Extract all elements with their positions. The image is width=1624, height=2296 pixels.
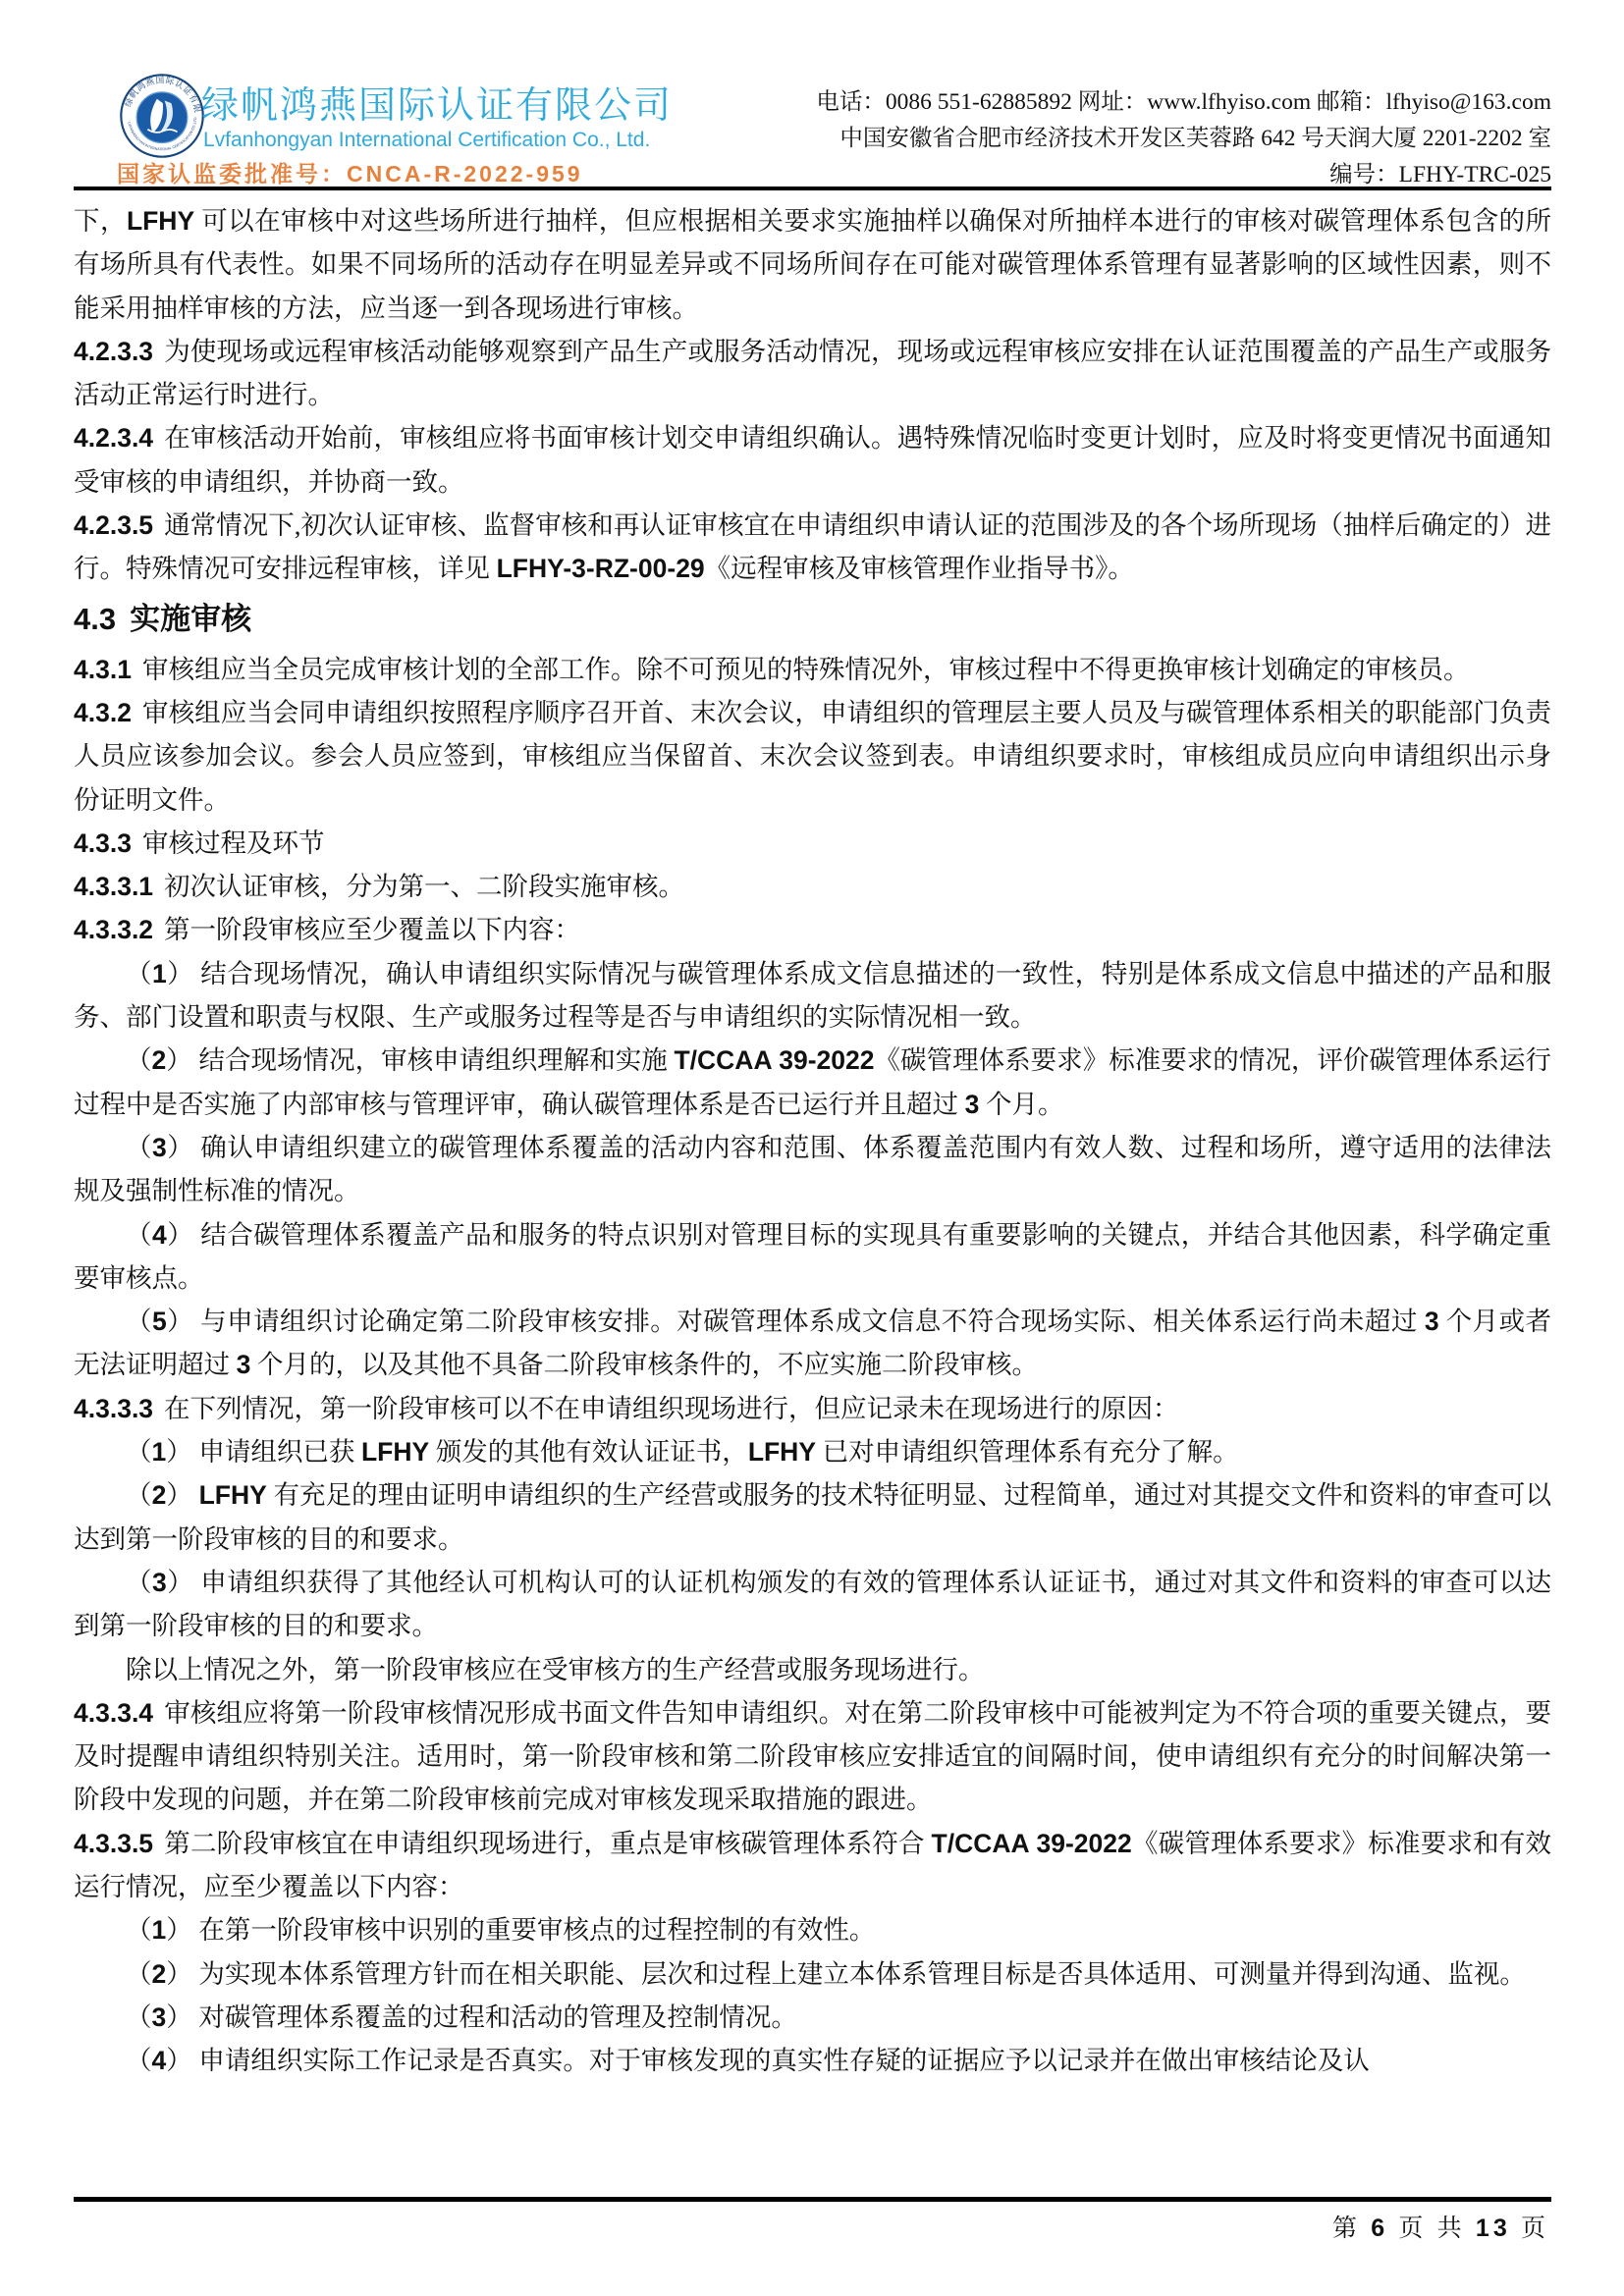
- section-number: 4.2.3.3: [74, 337, 153, 366]
- section-number: 4.3.3.5: [74, 1829, 153, 1858]
- company-emblem-icon: 绿帆鸿燕国际认证有限公司 LVFANHONGYAN INTERNATIONAL …: [120, 73, 204, 159]
- paragraph: （2） 为实现本体系管理方针而在相关职能、层次和过程上建立本体系管理目标是否具体…: [74, 1952, 1551, 1996]
- paragraph: 4.3.3.3在下列情况，第一阶段审核可以不在申请组织现场进行，但应记录未在现场…: [74, 1387, 1551, 1430]
- paragraph: （3） 确认申请组织建立的碳管理体系覆盖的活动内容和范围、体系覆盖范围内有效人数…: [74, 1126, 1551, 1213]
- header-divider: [74, 187, 1551, 190]
- paragraph: （1） 结合现场情况，确认申请组织实际情况与碳管理体系成文信息描述的一致性，特别…: [74, 952, 1551, 1040]
- document-body: 下，LFHY 可以在审核中对这些场所进行抽样，但应根据相关要求实施抽样以确保对所…: [74, 199, 1551, 2082]
- page-number: 第 6 页 共 13 页: [1332, 2209, 1549, 2244]
- paragraph: 4.3.1审核组应当全员完成审核计划的全部工作。除不可预见的特殊情况外，审核过程…: [74, 648, 1551, 691]
- paragraph: 4.3.2审核组应当会同申请组织按照程序顺序召开首、末次会议，申请组织的管理层主…: [74, 691, 1551, 822]
- contact-phone-web-email: 电话：0086 551-62885892 网址：www.lfhyiso.com …: [816, 84, 1551, 121]
- paragraph: 4.2.3.4在审核活动开始前，审核组应将书面审核计划交申请组织确认。遇特殊情况…: [74, 416, 1551, 504]
- section-number: 4.2.3.5: [74, 510, 153, 540]
- company-name-en: Lvfanhongyan International Certification…: [203, 129, 650, 152]
- section-number: 4.3.3.4: [74, 1698, 153, 1728]
- contact-info: 电话：0086 551-62885892 网址：www.lfhyiso.com …: [816, 84, 1551, 193]
- paragraph: （2） LFHY 有充足的理由证明申请组织的生产经营或服务的技术特征明显、过程简…: [74, 1473, 1551, 1561]
- section-number: 4.3.3.3: [74, 1394, 153, 1423]
- paragraph: （1） 在第一阶段审核中识别的重要审核点的过程控制的有效性。: [74, 1908, 1551, 1951]
- section-number: 4.2.3.4: [74, 423, 153, 453]
- section-heading: 4.3实施审核: [74, 591, 1551, 648]
- paragraph: 4.2.3.3为使现场或远程审核活动能够观察到产品生产或服务活动情况，现场或远程…: [74, 330, 1551, 417]
- paragraph: 4.3.3审核过程及环节: [74, 822, 1551, 865]
- paragraph: 下，LFHY 可以在审核中对这些场所进行抽样，但应根据相关要求实施抽样以确保对所…: [74, 199, 1551, 330]
- paragraph: 除以上情况之外，第一阶段审核应在受审核方的生产经营或服务现场进行。: [74, 1648, 1551, 1691]
- paragraph: （3） 对碳管理体系覆盖的过程和活动的管理及控制情况。: [74, 1996, 1551, 2039]
- paragraph: （4） 结合碳管理体系覆盖产品和服务的特点识别对管理目标的实现具有重要影响的关键…: [74, 1213, 1551, 1301]
- paragraph: 4.3.3.4审核组应将第一阶段审核情况形成书面文件告知申请组织。对在第二阶段审…: [74, 1691, 1551, 1822]
- paragraph: （1） 申请组织已获 LFHY 颁发的其他有效认证证书，LFHY 已对申请组织管…: [74, 1430, 1551, 1473]
- paragraph: （3） 申请组织获得了其他经认可机构认可的认证机构颁发的有效的管理体系认证证书，…: [74, 1561, 1551, 1648]
- paragraph: 4.3.3.1初次认证审核，分为第一、二阶段实施审核。: [74, 865, 1551, 908]
- paragraph: 4.2.3.5通常情况下,初次认证审核、监督审核和再认证审核宜在申请组织申请认证…: [74, 504, 1551, 591]
- paragraph: 4.3.3.2第一阶段审核应至少覆盖以下内容：: [74, 908, 1551, 951]
- paragraph: （2） 结合现场情况，审核申请组织理解和实施 T/CCAA 39-2022《碳管…: [74, 1039, 1551, 1126]
- section-number: 4.3: [74, 602, 116, 636]
- document-page: 绿帆鸿燕国际认证有限公司 LVFANHONGYAN INTERNATIONAL …: [0, 0, 1624, 2296]
- company-name-cn: 绿帆鸿燕国际认证有限公司: [201, 75, 673, 129]
- section-number: 4.3.2: [74, 698, 132, 727]
- footer-divider: [74, 2197, 1551, 2202]
- section-number: 4.3.3.1: [74, 872, 153, 901]
- section-number: 4.3.3: [74, 828, 132, 858]
- section-number: 4.3.1: [74, 655, 132, 684]
- contact-address: 中国安徽省合肥市经济技术开发区芙蓉路 642 号天润大厦 2201-2202 室: [816, 121, 1551, 157]
- approval-number: 国家认监委批准号：CNCA-R-2022-959: [117, 156, 583, 188]
- paragraph: 4.3.3.5第二阶段审核宜在申请组织现场进行，重点是审核碳管理体系符合 T/C…: [74, 1822, 1551, 1909]
- paragraph: （4） 申请组织实际工作记录是否真实。对于审核发现的真实性存疑的证据应予以记录并…: [74, 2039, 1551, 2082]
- paragraph: （5） 与申请组织讨论确定第二阶段审核安排。对碳管理体系成文信息不符合现场实际、…: [74, 1300, 1551, 1387]
- section-number: 4.3.3.2: [74, 915, 153, 944]
